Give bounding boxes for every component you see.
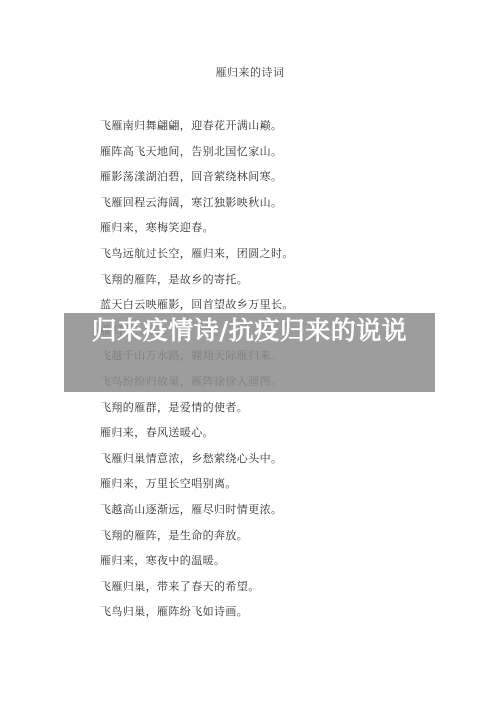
poem-line: 飞雁南归舞翩翩，迎春花开满山巅。 [100,116,294,142]
poem-line: 雁归来，万里长空唱别离。 [100,474,294,500]
poem-line: 飞雁归巢情意浓，乡愁萦绕心头中。 [100,449,294,475]
poem-line: 飞雁归巢，带来了春天的希望。 [100,577,294,603]
overlay-title: 归来疫情诗/抗疫归来的说说 [64,315,435,347]
poem-line: 飞鸟远航过长空，雁归来，团圆之时。 [100,244,294,270]
poem-line: 雁归来，寒梅笑迎春。 [100,218,294,244]
poem-line: 飞翔的雁群，是爱情的使者。 [100,398,294,424]
poem-line: 雁归来，春风送暖心。 [100,423,294,449]
poem-line: 飞越高山逐渐远，雁尽归时情更浓。 [100,500,294,526]
document-title: 雁归来的诗词 [0,64,500,80]
poem-line: 雁影荡漾湖泊碧，回音萦绕林间寒。 [100,167,294,193]
poem-line: 雁阵高飞天地间，告别北国忆家山。 [100,142,294,168]
poem-line: 飞翔的雁阵，是生命的奔放。 [100,526,294,552]
poem-line: 雁归来，寒夜中的温暖。 [100,551,294,577]
poem-line: 飞鸟归巢，雁阵纷飞如诗画。 [100,602,294,628]
poem-line: 飞雁回程云海阔，寒江独影映秋山。 [100,193,294,219]
poem-line: 飞翔的雁阵，是故乡的寄托。 [100,270,294,296]
